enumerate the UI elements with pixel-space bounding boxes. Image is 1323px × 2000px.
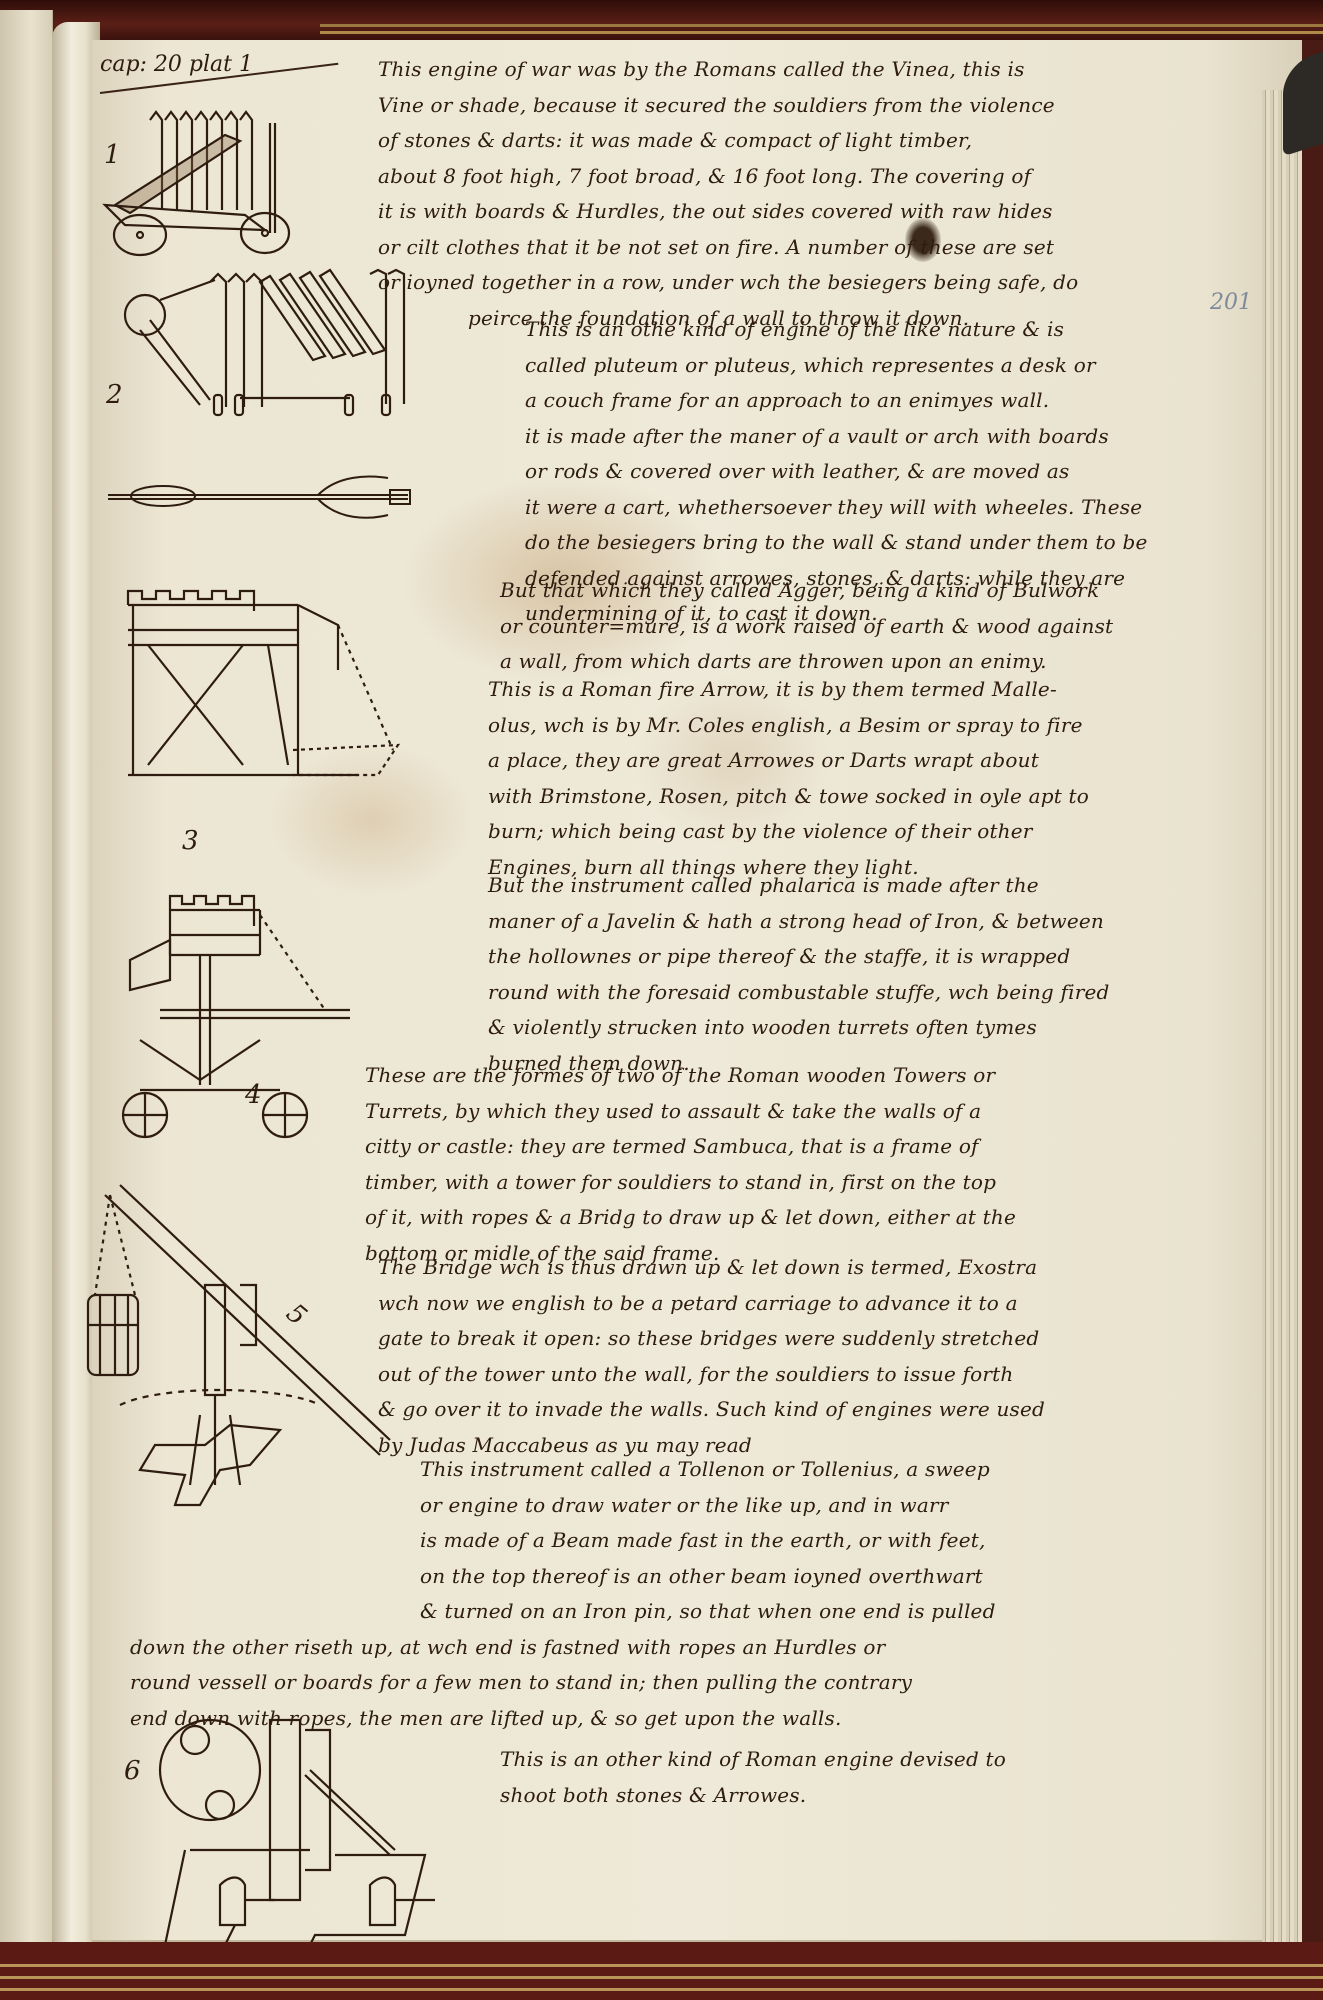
figure-label-6: 6 — [124, 1756, 141, 1786]
text-line: & turned on an Iron pin, so that when on… — [130, 1594, 1270, 1630]
figure-label-3: 3 — [182, 826, 199, 856]
drawing-fire-arrow — [108, 470, 418, 534]
chapter-plate-note: cap: 20 plat 1 — [100, 52, 253, 77]
drawing-siege-tower — [128, 585, 408, 799]
text-line: about 8 foot high, 7 foot broad, & 16 fo… — [378, 159, 1258, 195]
text-line: of stones & darts: it was made & compact… — [378, 123, 1258, 159]
text-line: This is an other kind of Roman engine de… — [500, 1742, 1260, 1778]
text-line: olus, wch is by Mr. Coles english, a Bes… — [488, 708, 1268, 744]
text-line: citty or castle: they are termed Sambuca… — [365, 1129, 1265, 1165]
text-line: it is with boards & Hurdles, the out sid… — [378, 194, 1258, 230]
paragraph-vinea: This engine of war was by the Romans cal… — [378, 52, 1258, 336]
text-line: of it, with ropes & a Bridg to draw up &… — [365, 1200, 1265, 1236]
text-line: wch now we english to be a petard carria… — [378, 1286, 1268, 1322]
text-line: round vessell or boards for a few men to… — [130, 1665, 1270, 1701]
text-line: gate to break it open: so these bridges … — [378, 1321, 1268, 1357]
facing-page-edge — [0, 10, 53, 1960]
text-line: This engine of war was by the Romans cal… — [378, 52, 1258, 88]
paragraph-agger: But that which they called Agger, being … — [500, 573, 1270, 680]
text-line: The Bridge wch is thus drawn up & let do… — [378, 1250, 1268, 1286]
text-line: it is made after the maner of a vault or… — [525, 419, 1265, 455]
drawing-sambuca — [100, 880, 350, 1164]
text-line: These are the formes of two of the Roman… — [365, 1058, 1265, 1094]
drawing-vinea — [95, 95, 295, 259]
paragraph-exostra: The Bridge wch is thus drawn up & let do… — [378, 1250, 1268, 1463]
gilt-rule — [0, 1988, 1323, 1991]
text-line: timber, with a tower for souldiers to st… — [365, 1165, 1265, 1201]
text-line: the hollownes or pipe thereof & the staf… — [488, 939, 1268, 975]
text-line: a couch frame for an approach to an enim… — [525, 383, 1265, 419]
text-line: or cilt clothes that it be not set on fi… — [378, 230, 1258, 266]
text-line: Vine or shade, because it secured the so… — [378, 88, 1258, 124]
text-line: This instrument called a Tollenon or Tol… — [130, 1452, 1270, 1488]
text-line: & go over it to invade the walls. Such k… — [378, 1392, 1268, 1428]
text-line: down the other riseth up, at wch end is … — [130, 1630, 1270, 1666]
text-line: or counter=mure, is a work raised of ear… — [500, 609, 1270, 645]
text-line: on the top thereof is an other beam ioyn… — [130, 1559, 1270, 1595]
text-line: round with the foresaid combustable stuf… — [488, 975, 1268, 1011]
text-line: end down with ropes, the men are lifted … — [130, 1701, 1270, 1737]
text-line: called pluteum or pluteus, which represe… — [525, 348, 1265, 384]
gilt-rule — [0, 1976, 1323, 1979]
text-line: But the instrument called phalarica is m… — [488, 868, 1268, 904]
text-line: or rods & covered over with leather, & a… — [525, 454, 1265, 490]
text-line: burn; which being cast by the violence o… — [488, 814, 1268, 850]
text-line: it were a cart, whethersoever they will … — [525, 490, 1265, 526]
text-line: with Brimstone, Rosen, pitch & towe sock… — [488, 779, 1268, 815]
text-line: Turrets, by which they used to assault &… — [365, 1094, 1265, 1130]
text-line: or engine to draw water or the like up, … — [130, 1488, 1270, 1524]
paragraph-phalarica: But the instrument called phalarica is m… — [488, 868, 1268, 1081]
drawing-catapult — [160, 1715, 440, 1959]
text-line: & violently strucken into wooden turrets… — [488, 1010, 1268, 1046]
text-line: This is an othe kind of engine of the li… — [525, 312, 1265, 348]
paragraph-sambuca: These are the formes of two of the Roman… — [365, 1058, 1265, 1271]
text-line: is made of a Beam made fast in the earth… — [130, 1523, 1270, 1559]
text-line: or ioyned together in a row, under wch t… — [378, 265, 1258, 301]
text-line: out of the tower unto the wall, for the … — [378, 1357, 1268, 1393]
text-line: shoot both stones & Arrowes. — [500, 1778, 1260, 1814]
drawing-pluteus — [120, 270, 420, 424]
book-binding-top — [0, 0, 1323, 40]
paragraph-catapult: This is an other kind of Roman engine de… — [500, 1742, 1260, 1813]
text-line: maner of a Javelin & hath a strong head … — [488, 904, 1268, 940]
text-line: But that which they called Agger, being … — [500, 573, 1270, 609]
book-binding-bottom — [0, 1942, 1323, 2000]
paragraph-tollenon: This instrument called a Tollenon or Tol… — [130, 1452, 1270, 1736]
paragraph-malleolus: This is a Roman fire Arrow, it is by the… — [488, 672, 1268, 885]
text-line: a place, they are great Arrowes or Darts… — [488, 743, 1268, 779]
text-line: do the besiegers bring to the wall & sta… — [525, 525, 1265, 561]
text-line: This is a Roman fire Arrow, it is by the… — [488, 672, 1268, 708]
gilt-rule — [0, 1964, 1323, 1967]
